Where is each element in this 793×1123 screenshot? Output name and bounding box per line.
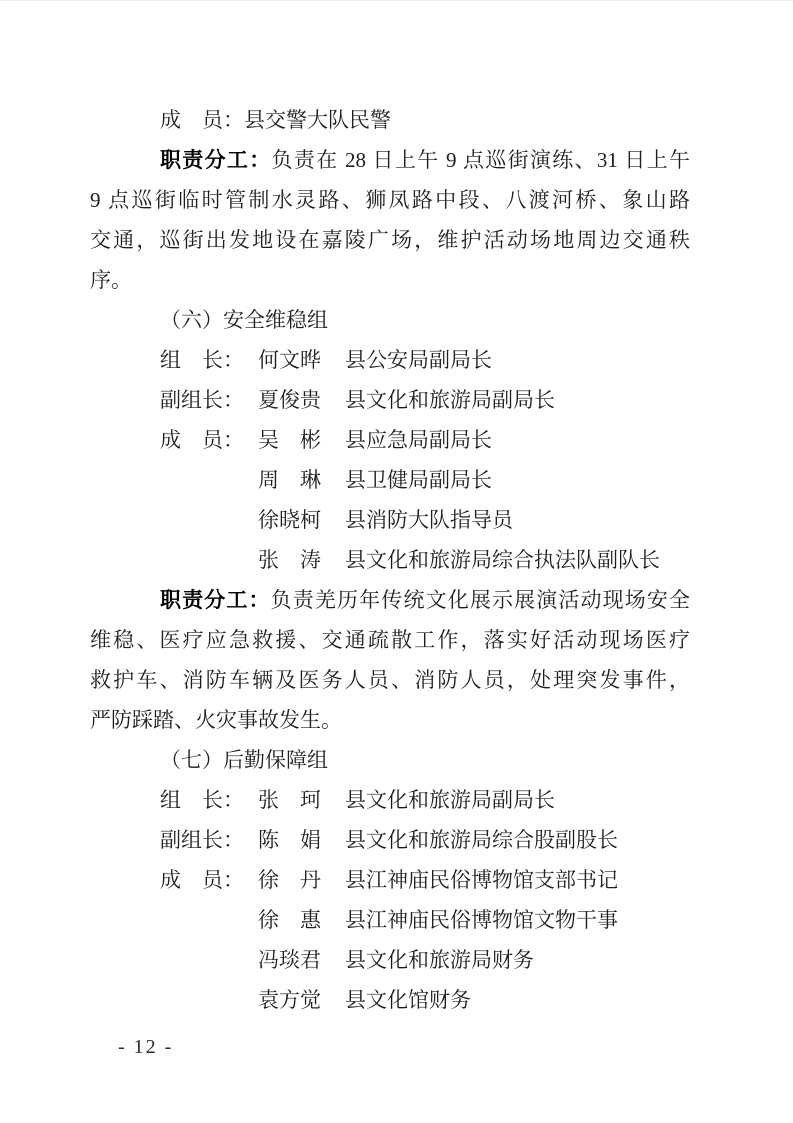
duty1-line-3: 交通，巡街出发地设在嘉陵广场，维护活动场地周边交通秩 <box>90 220 690 260</box>
member-row: 张 涛县文化和旅游局综合执法队副队长 <box>90 540 690 580</box>
member-title: 县文化和旅游局副局长 <box>345 780 555 820</box>
duty2-line-3: 救护车、消防车辆及医务人员、消防人员，处理突发事件， <box>90 660 690 700</box>
section7-heading: （七）后勤保障组 <box>90 740 690 780</box>
member-name: 陈 娟 <box>258 820 345 860</box>
member-title: 县消防大队指导员 <box>345 500 513 540</box>
member-title: 县文化馆财务 <box>345 980 471 1020</box>
member-row: 组 长：何文晔县公安局副局长 <box>90 340 690 380</box>
member-row: 徐 惠县江神庙民俗博物馆文物干事 <box>90 900 690 940</box>
member-title: 县文化和旅游局综合执法队副队长 <box>345 540 660 580</box>
member-row: 周 琳县卫健局副局长 <box>90 460 690 500</box>
duty1-bold-label: 职责分工： <box>160 148 272 172</box>
duty2-line-4: 严防踩踏、火灾事故发生。 <box>90 700 690 740</box>
member-name: 冯琰君 <box>258 940 345 980</box>
member-row: 副组长：陈 娟县文化和旅游局综合股副股长 <box>90 820 690 860</box>
member-name: 周 琳 <box>258 460 345 500</box>
document-body: 成 员：县交警大队民警 职责分工：负责在 28 日上午 9 点巡街演练、31 日… <box>90 100 690 1020</box>
member-row: 组 长：张 珂县文化和旅游局副局长 <box>90 780 690 820</box>
member-intro-line: 成 员：县交警大队民警 <box>90 100 690 140</box>
member-name: 徐 惠 <box>258 900 345 940</box>
member-role-label: 副组长： <box>160 820 258 860</box>
member-title: 县公安局副局长 <box>345 340 492 380</box>
section6-heading: （六）安全维稳组 <box>90 300 690 340</box>
duty1-line-2: 9 点巡街临时管制水灵路、狮凤路中段、八渡河桥、象山路 <box>90 180 690 220</box>
member-name: 徐晓柯 <box>258 500 345 540</box>
member-title: 县卫健局副局长 <box>345 460 492 500</box>
member-role-label: 成 员： <box>160 860 258 900</box>
duty2-line-1: 职责分工：负责羌历年传统文化展示展演活动现场安全 <box>90 580 690 620</box>
member-intro-label: 成 员： <box>160 108 244 132</box>
duty2-line-2: 维稳、医疗应急救援、交通疏散工作，落实好活动现场医疗 <box>90 620 690 660</box>
duty1-line-1-text: 负责在 28 日上午 9 点巡街演练、31 日上午 <box>272 148 691 172</box>
member-name: 张 涛 <box>258 540 345 580</box>
duty2-line-1-text: 负责羌历年传统文化展示展演活动现场安全 <box>271 588 690 612</box>
member-row: 袁方觉县文化馆财务 <box>90 980 690 1020</box>
page-number: - 12 - <box>118 1033 173 1061</box>
duty1-line-1: 职责分工：负责在 28 日上午 9 点巡街演练、31 日上午 <box>90 140 690 180</box>
member-name: 何文晔 <box>258 340 345 380</box>
member-row: 副组长：夏俊贵县文化和旅游局副局长 <box>90 380 690 420</box>
member-intro-text: 县交警大队民警 <box>244 108 391 132</box>
duty2-bold-label: 职责分工： <box>160 588 271 612</box>
member-name: 吴 彬 <box>258 420 345 460</box>
member-title: 县文化和旅游局财务 <box>345 940 534 980</box>
member-role-label: 成 员： <box>160 420 258 460</box>
member-row: 冯琰君县文化和旅游局财务 <box>90 940 690 980</box>
member-title: 县文化和旅游局副局长 <box>345 380 555 420</box>
member-role-label: 副组长： <box>160 380 258 420</box>
member-title: 县文化和旅游局综合股副股长 <box>345 820 618 860</box>
member-row: 徐晓柯县消防大队指导员 <box>90 500 690 540</box>
member-title: 县江神庙民俗博物馆支部书记 <box>345 860 618 900</box>
member-name: 张 珂 <box>258 780 345 820</box>
member-name: 夏俊贵 <box>258 380 345 420</box>
member-row: 成 员：徐 丹县江神庙民俗博物馆支部书记 <box>90 860 690 900</box>
member-title: 县江神庙民俗博物馆文物干事 <box>345 900 618 940</box>
member-name: 徐 丹 <box>258 860 345 900</box>
document-page: 成 员：县交警大队民警 职责分工：负责在 28 日上午 9 点巡街演练、31 日… <box>0 0 793 1123</box>
member-role-label: 组 长： <box>160 780 258 820</box>
member-role-label: 组 长： <box>160 340 258 380</box>
member-row: 成 员：吴 彬县应急局副局长 <box>90 420 690 460</box>
member-title: 县应急局副局长 <box>345 420 492 460</box>
duty1-line-4: 序。 <box>90 260 690 300</box>
member-name: 袁方觉 <box>258 980 345 1020</box>
